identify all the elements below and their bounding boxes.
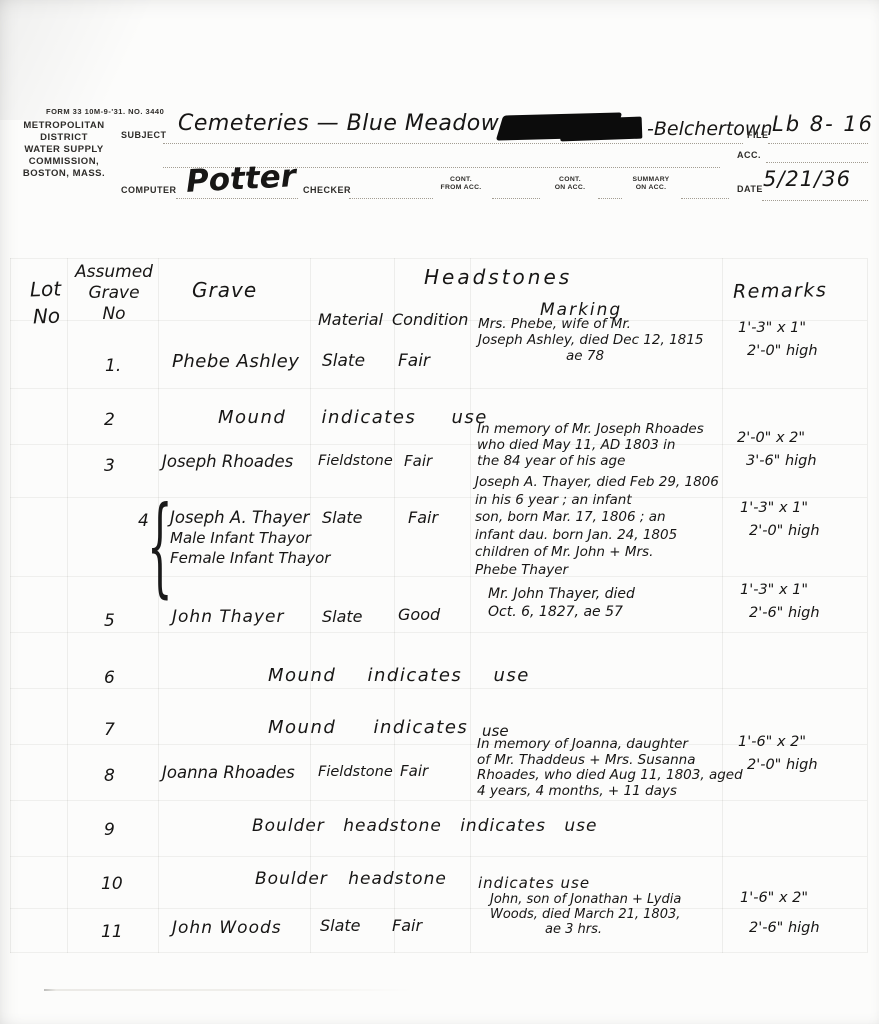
row-3-remarks: 2'-0" x 2" 3'-6" high bbox=[737, 427, 817, 473]
row-8-material: Fieldstone bbox=[318, 764, 393, 780]
grid-line bbox=[867, 258, 868, 953]
remarks-line: 1'-3" x 1" bbox=[740, 497, 820, 520]
marking-line: Rhoades, who died Aug 11, 1803, aged bbox=[477, 768, 743, 784]
acc-label: ACC. bbox=[737, 150, 761, 160]
row-4-remarks: 1'-3" x 1" 2'-0" high bbox=[740, 497, 820, 543]
redaction-mark bbox=[560, 117, 643, 142]
row-6-grave-no: 6 bbox=[104, 668, 115, 688]
marking-line: Phebe Thayer bbox=[475, 562, 719, 580]
row-11-condition: Fair bbox=[392, 916, 422, 935]
grave-name-line: Joseph A. Thayer bbox=[170, 508, 330, 528]
row-8-condition: Fair bbox=[400, 762, 428, 780]
col-header-headstones: Headstones bbox=[424, 265, 572, 289]
remarks-line: 2'-0" x 2" bbox=[737, 427, 817, 450]
grid-line bbox=[394, 258, 395, 953]
row-2-note: Mound indicates use bbox=[218, 407, 488, 428]
row-1-remarks: 1'-3" x 1" 2'-0" high bbox=[738, 317, 818, 363]
scanned-cemetery-record-page: FORM 33 10M-9-'31. NO. 3440 METROPOLITAN… bbox=[0, 0, 879, 1024]
row-8-grave-name: Joanna Rhoades bbox=[162, 763, 295, 782]
col-header-remarks: Remarks bbox=[733, 279, 828, 303]
date-label: DATE bbox=[737, 184, 763, 194]
row-5-grave-no: 5 bbox=[104, 611, 115, 631]
dotted-rule bbox=[176, 198, 298, 199]
date-value: 5/21/36 bbox=[763, 167, 851, 191]
grid-line bbox=[10, 908, 867, 909]
form-number-line: FORM 33 10M-9-'31. NO. 3440 bbox=[46, 107, 164, 116]
row-10-marking: John, son of Jonathan + Lydia Woods, die… bbox=[490, 892, 681, 937]
dotted-rule bbox=[163, 143, 743, 144]
col-header-lot-line: Lot bbox=[23, 275, 68, 304]
marking-line: Joseph A. Thayer, died Feb 29, 1806 bbox=[475, 474, 719, 492]
col-header-lot-line: No bbox=[24, 302, 69, 331]
grid-line bbox=[10, 388, 867, 389]
grid-line bbox=[10, 688, 867, 689]
remarks-line: 1'-6" x 2" bbox=[740, 883, 820, 913]
col-header-assumed-line: No bbox=[72, 304, 156, 325]
row-5-remarks: 1'-3" x 1" 2'-6" high bbox=[740, 579, 820, 625]
grave-name-line: Female Infant Thayor bbox=[170, 548, 330, 568]
grid-line bbox=[310, 258, 311, 953]
row-7-note: Mound indicates bbox=[268, 717, 468, 738]
cont-from-acc-line: CONT. bbox=[433, 176, 489, 184]
marking-line: the 84 year of his age bbox=[477, 453, 704, 469]
remarks-line: 2'-0" high bbox=[738, 340, 818, 363]
cont-from-acc-label: CONT. FROM ACC. bbox=[433, 176, 489, 192]
cont-from-acc-line: FROM ACC. bbox=[433, 184, 489, 192]
remarks-line: 1'-3" x 1" bbox=[738, 317, 818, 340]
row-3-grave-no: 3 bbox=[104, 456, 115, 476]
row-4-brace: { bbox=[147, 490, 173, 602]
marking-line: son, born Mar. 17, 1806 ; an bbox=[475, 509, 719, 527]
row-3-grave-name: Joseph Rhoades bbox=[162, 452, 293, 471]
marking-line: in his 6 year ; an infant bbox=[475, 492, 719, 510]
remarks-line: 1'-3" x 1" bbox=[740, 579, 820, 602]
row-1-material: Slate bbox=[322, 351, 365, 371]
row-4-material: Slate bbox=[322, 508, 363, 527]
remarks-line: 2'-0" high bbox=[740, 520, 820, 543]
col-header-assumed-line: Assumed bbox=[72, 262, 156, 283]
dotted-rule bbox=[766, 162, 868, 163]
remarks-line: 1'-6" x 2" bbox=[738, 731, 818, 754]
cont-on-acc-line: ON ACC. bbox=[545, 184, 595, 192]
computer-signature: Potter bbox=[185, 158, 297, 200]
dotted-rule bbox=[762, 200, 868, 201]
row-7-marking: In memory of Joanna, daughter of Mr. Tha… bbox=[477, 737, 743, 799]
marking-line: Oct. 6, 1827, ae 57 bbox=[488, 603, 635, 621]
marking-line: ae 3 hrs. bbox=[490, 922, 681, 937]
row-7-remarks: 1'-6" x 2" 2'-0" high bbox=[738, 731, 818, 777]
row-2-grave-no: 2 bbox=[104, 410, 115, 430]
marking-line: Woods, died March 21, 1803, bbox=[490, 907, 681, 922]
marking-line: Joseph Ashley, died Dec 12, 1815 bbox=[478, 332, 703, 348]
computer-label: COMPUTER bbox=[121, 185, 177, 195]
grave-name-line: Male Infant Thayor bbox=[170, 528, 330, 548]
grid-line bbox=[10, 952, 867, 953]
row-3-condition: Fair bbox=[404, 452, 432, 470]
col-header-lot-no: Lot No bbox=[23, 275, 69, 331]
marking-line: In memory of Mr. Joseph Rhoades bbox=[477, 421, 704, 437]
grid-line bbox=[10, 800, 867, 801]
marking-line: children of Mr. John + Mrs. bbox=[475, 544, 719, 562]
marking-line: ae 78 bbox=[478, 348, 703, 364]
row-6-note: Mound indicates use bbox=[268, 665, 530, 686]
row-5-condition: Good bbox=[398, 605, 440, 624]
row-3-material: Fieldstone bbox=[318, 453, 393, 469]
row-1-marking: Mrs. Phebe, wife of Mr. Joseph Ashley, d… bbox=[478, 316, 703, 364]
dotted-rule bbox=[598, 198, 622, 199]
marking-line: John, son of Jonathan + Lydia bbox=[490, 892, 681, 907]
grid-line bbox=[67, 258, 68, 953]
remarks-line: 2'-6" high bbox=[740, 913, 820, 943]
cont-on-acc-line: CONT. bbox=[545, 176, 595, 184]
agency-line: WATER SUPPLY bbox=[12, 144, 116, 156]
marking-line: who died May 11, AD 1803 in bbox=[477, 437, 704, 453]
agency-line: DISTRICT bbox=[12, 132, 116, 144]
col-header-grave: Grave bbox=[192, 278, 257, 302]
remarks-line: 2'-0" high bbox=[738, 754, 818, 777]
col-header-assumed-grave-no: Assumed Grave No bbox=[72, 262, 156, 325]
marking-line: 4 years, 4 months, + 11 days bbox=[477, 784, 743, 800]
subject-label: SUBJECT bbox=[121, 130, 167, 140]
row-11-material: Slate bbox=[320, 916, 361, 935]
grid-line bbox=[10, 856, 867, 857]
summary-on-acc-line: SUMMARY bbox=[624, 176, 678, 184]
file-label: FILE bbox=[747, 130, 769, 140]
scan-artifact-line bbox=[44, 989, 414, 991]
grid-line bbox=[10, 497, 867, 498]
agency-line: METROPOLITAN bbox=[12, 120, 116, 132]
summary-on-acc-line: ON ACC. bbox=[624, 184, 678, 192]
col-header-assumed-line: Grave bbox=[72, 283, 156, 304]
agency-line: BOSTON, MASS. bbox=[12, 168, 116, 180]
row-4-condition: Fair bbox=[408, 508, 438, 527]
grid-line bbox=[10, 258, 867, 259]
row-3-marking: In memory of Mr. Joseph Rhoades who died… bbox=[477, 421, 704, 469]
row-10-remarks: 1'-6" x 2" 2'-6" high bbox=[740, 883, 820, 943]
scan-corner-shade bbox=[0, 0, 230, 120]
row-11-grave-name: John Woods bbox=[172, 918, 282, 938]
checker-label: CHECKER bbox=[303, 185, 351, 195]
grid-line bbox=[722, 258, 723, 953]
row-5-marking: Mr. John Thayer, died Oct. 6, 1827, ae 5… bbox=[488, 585, 635, 621]
row-4-grave-no: 4 bbox=[138, 511, 149, 531]
row-1-grave-no: 1. bbox=[105, 356, 121, 376]
row-8-grave-no: 8 bbox=[104, 766, 115, 786]
agency-line: COMMISSION, bbox=[12, 156, 116, 168]
marking-line: of Mr. Thaddeus + Mrs. Susanna bbox=[477, 753, 743, 769]
row-7-grave-no: 7 bbox=[104, 720, 115, 740]
grid-line bbox=[10, 258, 11, 953]
grid-line bbox=[10, 576, 867, 577]
cont-on-acc-label: CONT. ON ACC. bbox=[545, 176, 595, 192]
row-9-grave-no: 9 bbox=[104, 820, 115, 840]
summary-on-acc-label: SUMMARY ON ACC. bbox=[624, 176, 678, 192]
remarks-line: 2'-6" high bbox=[740, 602, 820, 625]
grid-line bbox=[10, 632, 867, 633]
row-1-grave-name: Phebe Ashley bbox=[172, 351, 299, 372]
row-4-grave-names: Joseph A. Thayer Male Infant Thayor Fema… bbox=[170, 508, 330, 568]
row-5-material: Slate bbox=[322, 607, 363, 626]
grid-line bbox=[470, 258, 471, 953]
row-9-note: Boulder headstone indicates use bbox=[252, 816, 597, 836]
row-10-note: Boulder headstone bbox=[255, 869, 447, 889]
row-10-grave-no: 10 bbox=[101, 874, 123, 894]
marking-line: Mrs. Phebe, wife of Mr. bbox=[478, 316, 703, 332]
marking-line: In memory of Joanna, daughter bbox=[477, 737, 743, 753]
row-1-condition: Fair bbox=[398, 351, 430, 371]
row-10-note-continued: indicates use bbox=[478, 874, 590, 892]
dotted-rule bbox=[349, 198, 433, 199]
row-5-grave-name: John Thayer bbox=[172, 607, 284, 627]
subject-value: Cemeteries — Blue Meadow — bbox=[178, 111, 529, 136]
remarks-line: 3'-6" high bbox=[737, 450, 817, 473]
dotted-rule bbox=[492, 198, 540, 199]
marking-line: infant dau. born Jan. 24, 1805 bbox=[475, 527, 719, 545]
col-header-material: Material bbox=[318, 310, 383, 329]
dotted-rule bbox=[681, 198, 729, 199]
col-header-condition: Condition bbox=[392, 310, 468, 329]
row-11-grave-no: 11 bbox=[101, 922, 123, 942]
marking-line: Mr. John Thayer, died bbox=[488, 585, 635, 603]
row-4-marking: Joseph A. Thayer, died Feb 29, 1806 in h… bbox=[475, 474, 719, 579]
dotted-rule bbox=[768, 143, 868, 144]
agency-name-block: METROPOLITAN DISTRICT WATER SUPPLY COMMI… bbox=[12, 120, 116, 180]
file-value: Lb 8- 16 bbox=[772, 112, 874, 136]
